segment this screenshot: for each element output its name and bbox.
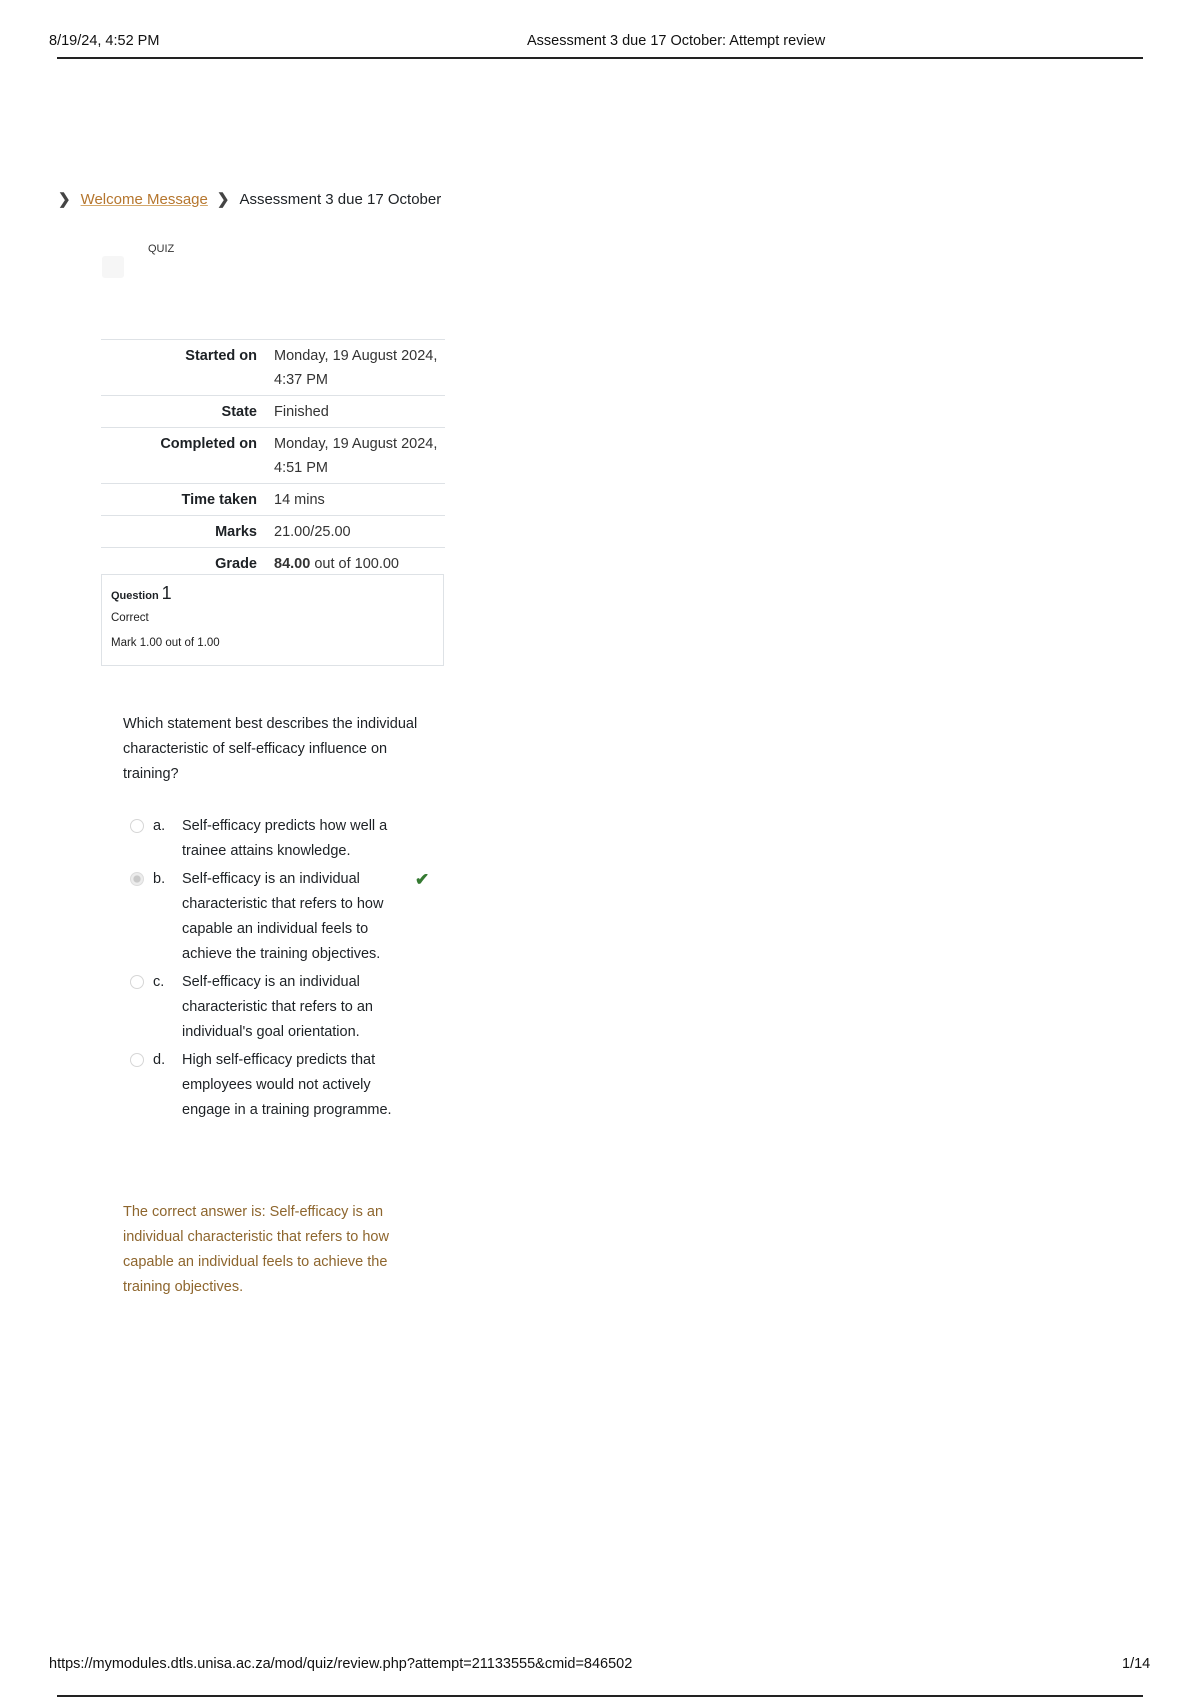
answer-text: Self-efficacy is an individual character… [182,867,415,967]
quiz-icon [102,256,124,278]
print-header: 8/19/24, 4:52 PM Assessment 3 due 17 Oct… [0,30,1200,60]
summary-label: Time taken [101,484,274,516]
attempt-summary-table: Started on Monday, 19 August 2024, 4:37 … [101,339,445,579]
summary-value: 21.00/25.00 [274,516,445,548]
breadcrumb-welcome-message-link[interactable]: Welcome Message [81,191,208,208]
answer-letter: a. [153,814,182,839]
summary-value: 14 mins [274,484,445,516]
answer-text: Self-efficacy predicts how well a traine… [182,814,415,864]
answer-letter: d. [153,1048,182,1073]
summary-value: Monday, 19 August 2024, 4:51 PM [274,428,445,484]
radio-button-selected[interactable] [130,872,144,886]
summary-row-state: State Finished [101,396,445,428]
print-url: https://mymodules.dtls.unisa.ac.za/mod/q… [49,1656,632,1672]
answer-option-b[interactable]: b. Self-efficacy is an individual charac… [130,867,460,967]
summary-label: Started on [101,340,274,396]
question-number: Question1 [111,583,434,604]
summary-row-completed: Completed on Monday, 19 August 2024, 4:5… [101,428,445,484]
question-info-box: Question1 Correct Mark 1.00 out of 1.00 [101,574,444,666]
grade-score: 84.00 [274,556,310,572]
radio-button[interactable] [130,1053,144,1067]
question-grade: Mark 1.00 out of 1.00 [111,637,434,649]
radio-button[interactable] [130,975,144,989]
answer-letter: c. [153,970,182,995]
summary-label: Marks [101,516,274,548]
answer-text: High self-efficacy predicts that employe… [182,1048,415,1123]
summary-value: Monday, 19 August 2024, 4:37 PM [274,340,445,396]
activity-type-label: QUIZ [148,243,174,255]
chevron-right-icon: ❯ [58,190,71,208]
summary-row-started: Started on Monday, 19 August 2024, 4:37 … [101,340,445,396]
answer-text: Self-efficacy is an individual character… [182,970,415,1045]
summary-row-time-taken: Time taken 14 mins [101,484,445,516]
summary-value: Finished [274,396,445,428]
breadcrumb-current-page: Assessment 3 due 17 October [239,191,441,208]
answer-option-a[interactable]: a. Self-efficacy predicts how well a tra… [130,814,460,864]
answer-options: a. Self-efficacy predicts how well a tra… [130,814,460,1126]
footer-divider [57,1695,1143,1697]
header-divider [57,57,1143,59]
grade-out-of: out of 100.00 [310,556,399,572]
summary-label: Completed on [101,428,274,484]
question-state: Correct [111,612,434,624]
answer-option-d[interactable]: d. High self-efficacy predicts that empl… [130,1048,460,1123]
breadcrumb: ❯ Welcome Message ❯ Assessment 3 due 17 … [58,190,441,208]
radio-button[interactable] [130,819,144,833]
answer-letter: b. [153,867,182,892]
correct-answer-feedback: The correct answer is: Self-efficacy is … [123,1200,423,1300]
checkmark-icon: ✔ [415,867,429,892]
summary-row-marks: Marks 21.00/25.00 [101,516,445,548]
print-document-title: Assessment 3 due 17 October: Attempt rev… [527,33,825,49]
summary-label: State [101,396,274,428]
page-number: 1/14 [1122,1656,1150,1672]
chevron-right-icon: ❯ [217,190,230,208]
print-datetime: 8/19/24, 4:52 PM [49,33,159,49]
answer-option-c[interactable]: c. Self-efficacy is an individual charac… [130,970,460,1045]
question-text: Which statement best describes the indiv… [123,712,423,787]
